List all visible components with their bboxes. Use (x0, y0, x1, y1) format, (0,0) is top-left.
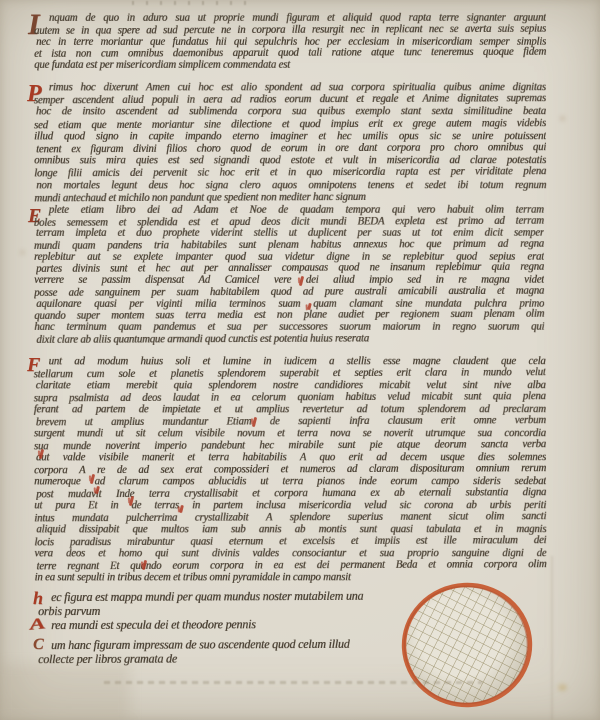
manuscript-line: hanc terminum quam pandemus et sua per s… (34, 322, 544, 334)
paragraph-2: rimus hoc dixerunt Amen cui hoc est alio… (34, 80, 547, 204)
page-top-edge-marks (132, 1, 252, 5)
parchment-crease (551, 556, 553, 720)
paragraph-3: plete etiam libro dei ad Adam et Noe de … (34, 204, 545, 346)
show-through-text-line (104, 681, 482, 684)
parchment-stain (560, 116, 565, 121)
paragraph-1: nquam de quo in aduro sua ut proprie mun… (34, 12, 546, 73)
manuscript-line: mundi antechaud et michilo non pandunt q… (34, 189, 546, 204)
manuscript-line: que fundata est per misericordiam simpli… (34, 60, 546, 72)
manuscript-line: autem se in qua spere ad sud percute ne … (34, 24, 546, 38)
manuscript-line: posse ade sanguinem per suam habitabilem… (34, 286, 544, 300)
parchment-stain (20, 250, 25, 255)
manuscript-page: I P E F nquam de quo in aduro sua ut pro… (0, 0, 600, 720)
paragraph-4: unt ad modum huius soli et lumine in iud… (34, 354, 547, 584)
manuscript-line: dixit clare ab aliis quantumque armandi … (36, 332, 544, 346)
manuscript-line: hoc de insito ascendent ad sublimenda co… (36, 105, 546, 118)
parchment-stain (0, 664, 130, 720)
sphere-diagram-icon (396, 577, 538, 713)
manuscript-line: longe filii amicis dei pervenit sic hoc … (34, 165, 546, 180)
parchment-stain (558, 684, 567, 691)
